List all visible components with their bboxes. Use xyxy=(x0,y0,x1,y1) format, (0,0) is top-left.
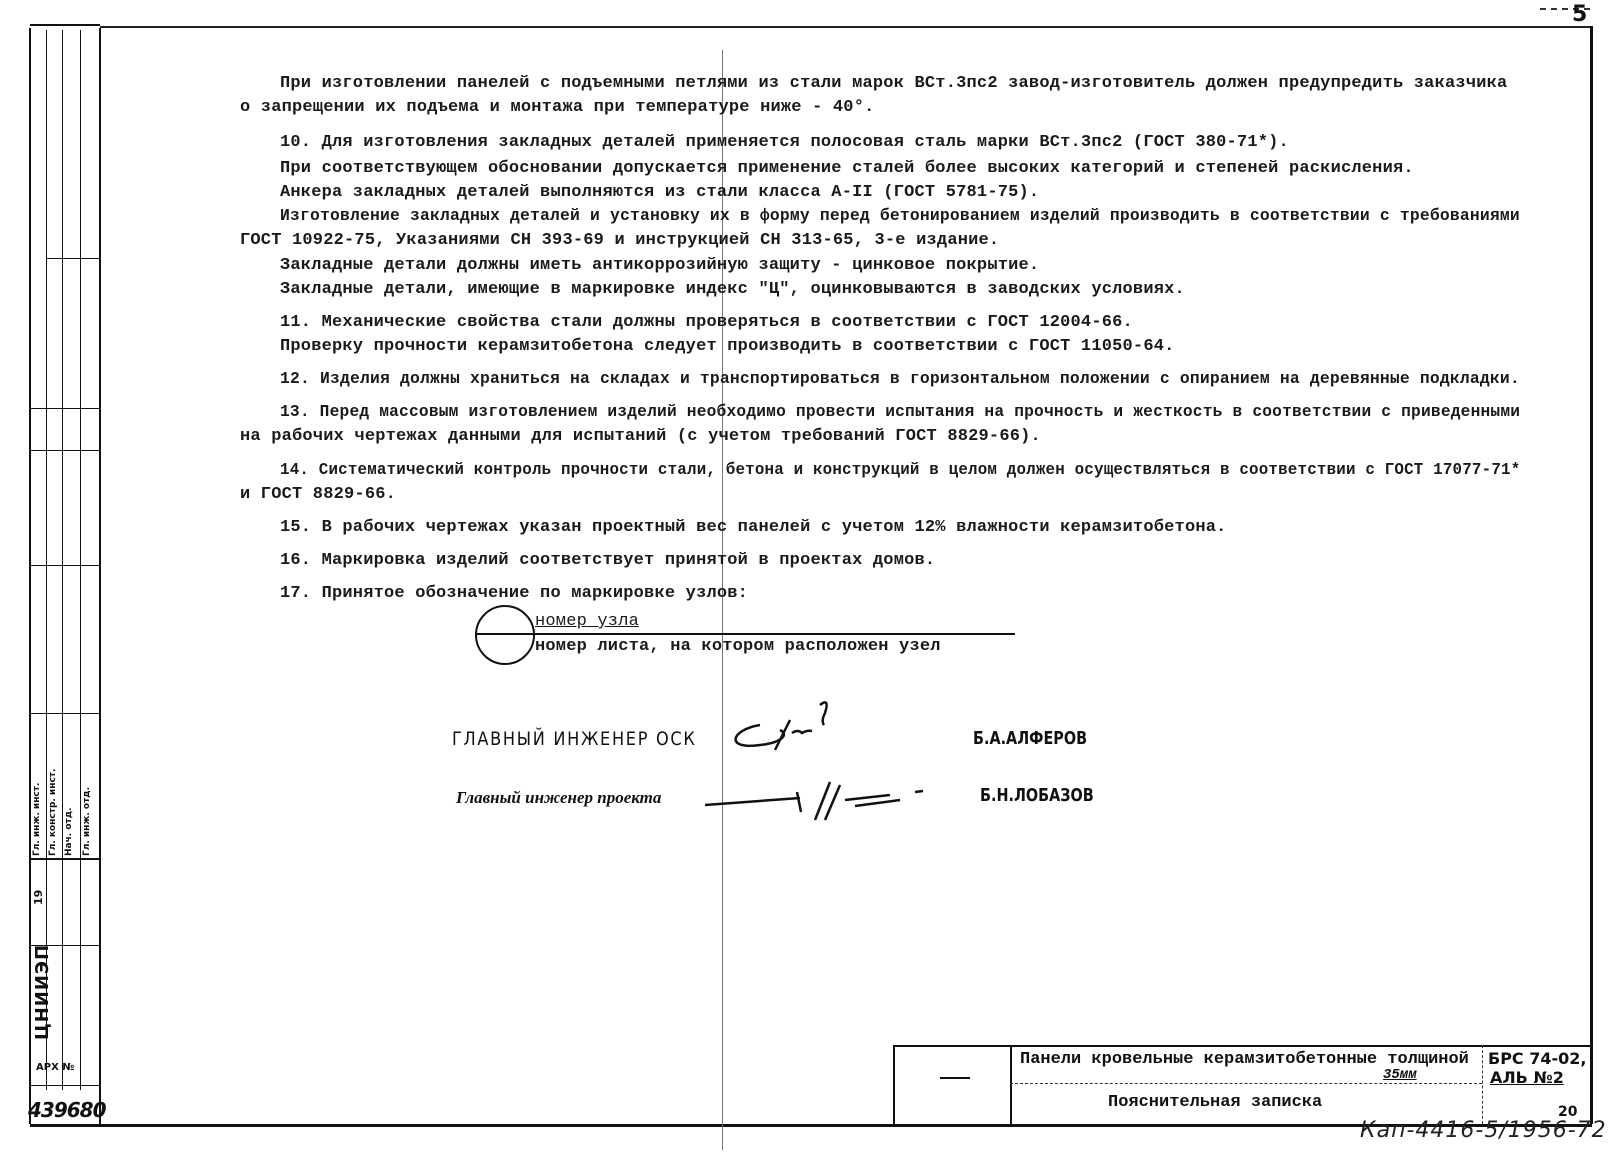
signatory-title-1: ГЛАВНЫЙ ИНЖЕНЕР ОСК xyxy=(452,728,697,750)
strip-line xyxy=(62,30,63,1090)
archive-stamp: Кап-4416-5/1956-72 xyxy=(1360,1118,1607,1143)
text-line: ГОСТ 10922-75, Указаниями СН 393-69 и ин… xyxy=(240,231,999,250)
title-block-divider xyxy=(1010,1045,1012,1124)
text-line: и ГОСТ 8829-66. xyxy=(240,485,396,504)
node-marker-icon xyxy=(475,605,535,665)
text-line: 14. Систематический контроль прочности с… xyxy=(280,461,1520,480)
frame-top-border xyxy=(100,26,1590,28)
text-line: Закладные детали, имеющие в маркировке и… xyxy=(280,280,1185,299)
frame-right-border xyxy=(1590,26,1593,1124)
strip-divider xyxy=(46,258,100,259)
series-code: БРС 74-02, xyxy=(1488,1049,1586,1068)
title-block-divider xyxy=(1482,1045,1483,1124)
drawing-thickness: 35мм xyxy=(1383,1067,1417,1083)
strip-label: Гл. инж. отд. xyxy=(82,787,92,856)
strip-label: Нач. отд. xyxy=(64,808,74,856)
signature-icon xyxy=(720,695,890,765)
title-block-divider xyxy=(1010,1083,1482,1084)
strip-line xyxy=(29,28,31,1124)
signatory-name-1: Б.А.АЛФЕРОВ xyxy=(973,728,1087,749)
year-fragment: 19 xyxy=(32,890,45,905)
archive-label: АРХ № xyxy=(36,1062,74,1073)
album-number: АЛЬ №2 xyxy=(1490,1068,1564,1087)
text-line: Изготовление закладных деталей и установ… xyxy=(280,207,1520,226)
strip-divider xyxy=(30,565,100,566)
text-line: При изготовлении панелей с подъемными пе… xyxy=(280,74,1507,93)
text-line: 11. Механические свойства стали должны п… xyxy=(280,313,1133,332)
text-line: 13. Перед массовым изготовлением изделий… xyxy=(280,403,1520,422)
strip-label: Гл. констр. инст. xyxy=(48,769,58,856)
signatory-name-2: Б.Н.ЛОБАЗОВ xyxy=(980,785,1094,806)
strip-divider xyxy=(30,408,100,409)
strip-line xyxy=(80,30,81,1090)
text-line: 15. В рабочих чертежах указан проектный … xyxy=(280,518,1227,537)
text-line: 16. Маркировка изделий соответствует при… xyxy=(280,551,935,570)
text-line: Проверку прочности керамзитобетона следу… xyxy=(280,337,1175,356)
sheet-number: 5 xyxy=(1572,2,1587,27)
strip-line xyxy=(99,28,101,1124)
text-line: о запрещении их подъема и монтажа при те… xyxy=(240,98,875,117)
text-line: на рабочих чертежах данными для испытани… xyxy=(240,427,1041,446)
strip-divider xyxy=(30,858,100,860)
text-line: 17. Принятое обозначение по маркировке у… xyxy=(280,584,748,603)
node-top-label: номер узла xyxy=(535,612,639,631)
node-marker-line xyxy=(475,633,1015,635)
strip-divider xyxy=(30,450,100,451)
strip-line xyxy=(46,30,47,1090)
title-block-left-cell xyxy=(940,1077,970,1079)
strip-divider xyxy=(30,24,100,26)
text-line: 10. Для изготовления закладных деталей п… xyxy=(280,133,1289,152)
drawing-title-line2: Пояснительная записка xyxy=(1108,1093,1322,1112)
text-line: При соответствующем обосновании допускае… xyxy=(280,159,1414,178)
text-line: 12. Изделия должны храниться на складах … xyxy=(280,370,1520,389)
text-line: Анкера закладных деталей выполняются из … xyxy=(280,183,1039,202)
strip-divider xyxy=(30,1085,100,1086)
text-line: Закладные детали должны иметь антикорроз… xyxy=(280,256,1039,275)
inventory-number: 439680 xyxy=(28,1098,106,1122)
strip-label: Гл. инж. инст. xyxy=(32,783,42,856)
signature-icon xyxy=(705,770,965,830)
node-bottom-label: номер листа, на котором расположен узел xyxy=(535,637,941,656)
signatory-title-2: Главный инженер проекта xyxy=(456,788,661,808)
org-name: ЦНИИЭП xyxy=(32,944,53,1040)
strip-divider xyxy=(30,713,100,714)
